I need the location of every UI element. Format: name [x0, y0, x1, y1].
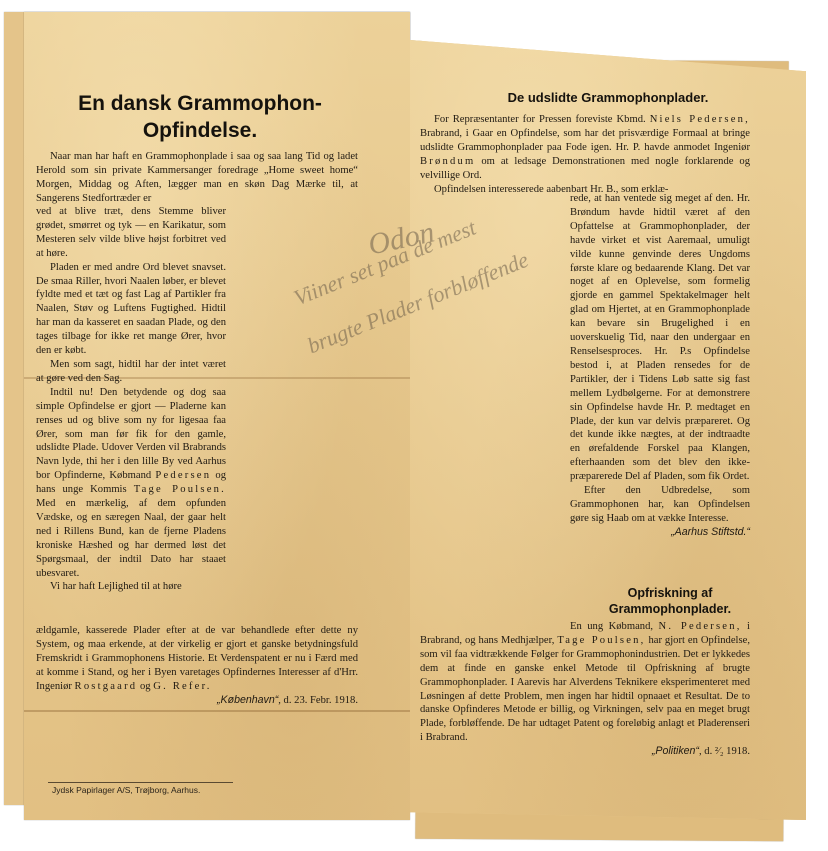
- left-article-title: En dansk Grammophon-Opfindelse.: [40, 90, 360, 144]
- source-name: „Aarhus Stiftstd.“: [671, 526, 750, 538]
- text: Brabrand, i Gaar en Opfindelse, som har …: [420, 128, 750, 153]
- paragraph: ældgamle, kasserede Plader efter at de v…: [36, 624, 358, 694]
- paragraph: Men som sagt, hidtil har der intet været…: [36, 358, 226, 386]
- text: Indtil nu! Den betydende og dog saa simp…: [36, 387, 226, 481]
- source-date: , d. 23. Febr. 1918.: [278, 695, 358, 706]
- name-rostgaard: Rostgaard: [75, 681, 138, 692]
- source-date: , d. ²⁄₂ 1918.: [699, 746, 750, 757]
- right-article-title: De udslidte Grammophonplader.: [488, 90, 728, 105]
- name-pedersen: Pedersen: [155, 470, 211, 481]
- text: Med en mærkelig, af dem opfunden Vædske,…: [36, 498, 226, 579]
- name-refer: G. Refer.: [153, 681, 211, 692]
- printer-imprint: Jydsk Papirlager A/S, Trøjborg, Aarhus.: [52, 785, 200, 795]
- imprint-rule: [48, 782, 233, 783]
- source-line: „Politiken“, d. ²⁄₂ 1918.: [420, 745, 750, 759]
- paragraph: Efter den Udbredelse, som Grammophonen h…: [570, 484, 750, 526]
- paragraph: For Repræsentanter for Pressen foreviste…: [420, 113, 750, 183]
- fold-line: [24, 710, 410, 712]
- paragraph: Indtil nu! Den betydende og dog saa simp…: [36, 386, 226, 581]
- right-second-article-body: En ung Købmand, N. Pedersen, i Brabrand,…: [420, 620, 750, 759]
- text: og: [140, 681, 151, 692]
- source-line: „Aarhus Stiftstd.“: [570, 526, 750, 540]
- left-article-ending: ældgamle, kasserede Plader efter at de v…: [36, 624, 358, 707]
- right-article-narrow-column: rede, at han ventede sig meget af den. H…: [570, 192, 750, 540]
- name-brondum: Brøndum: [420, 156, 475, 167]
- text: For Repræsentanter for Pressen foreviste…: [434, 114, 646, 125]
- name-tage-poulsen: Tage Poulsen,: [557, 635, 645, 646]
- right-second-article-title: Opfriskning af Grammophonplader.: [570, 585, 770, 617]
- text: En ung Købmand,: [570, 621, 653, 632]
- paragraph: ved at blive træt, dens Stemme bliver gr…: [36, 205, 226, 261]
- source-name: „København“: [217, 694, 278, 706]
- text: har gjort en Opfindelse, som vil faa vid…: [420, 635, 750, 743]
- right-article-intro: For Repræsentanter for Pressen foreviste…: [420, 113, 750, 196]
- paragraph: En ung Købmand, N. Pedersen, i Brabrand,…: [420, 620, 750, 745]
- paragraph: rede, at han ventede sig meget af den. H…: [570, 192, 750, 484]
- paragraph: Pladen er med andre Ord blevet snavset. …: [36, 261, 226, 358]
- paragraph: Naar man har haft en Grammophonplade i s…: [36, 150, 358, 206]
- name-n-pedersen: N. Pedersen,: [659, 621, 742, 632]
- right-newspaper-clipping: De udslidte Grammophonplader. For Repræs…: [410, 40, 806, 820]
- paragraph: Vi har haft Lejlighed til at høre: [36, 580, 226, 594]
- name-niels-pedersen: Niels Pedersen,: [650, 114, 750, 125]
- source-name: „Politiken“: [652, 745, 699, 757]
- name-poulsen: Tage Poulsen.: [134, 484, 226, 495]
- left-article-intro: Naar man har haft en Grammophonplade i s…: [36, 150, 358, 206]
- left-article-narrow-column: ved at blive træt, dens Stemme bliver gr…: [36, 205, 226, 594]
- source-line: „København“, d. 23. Febr. 1918.: [36, 694, 358, 708]
